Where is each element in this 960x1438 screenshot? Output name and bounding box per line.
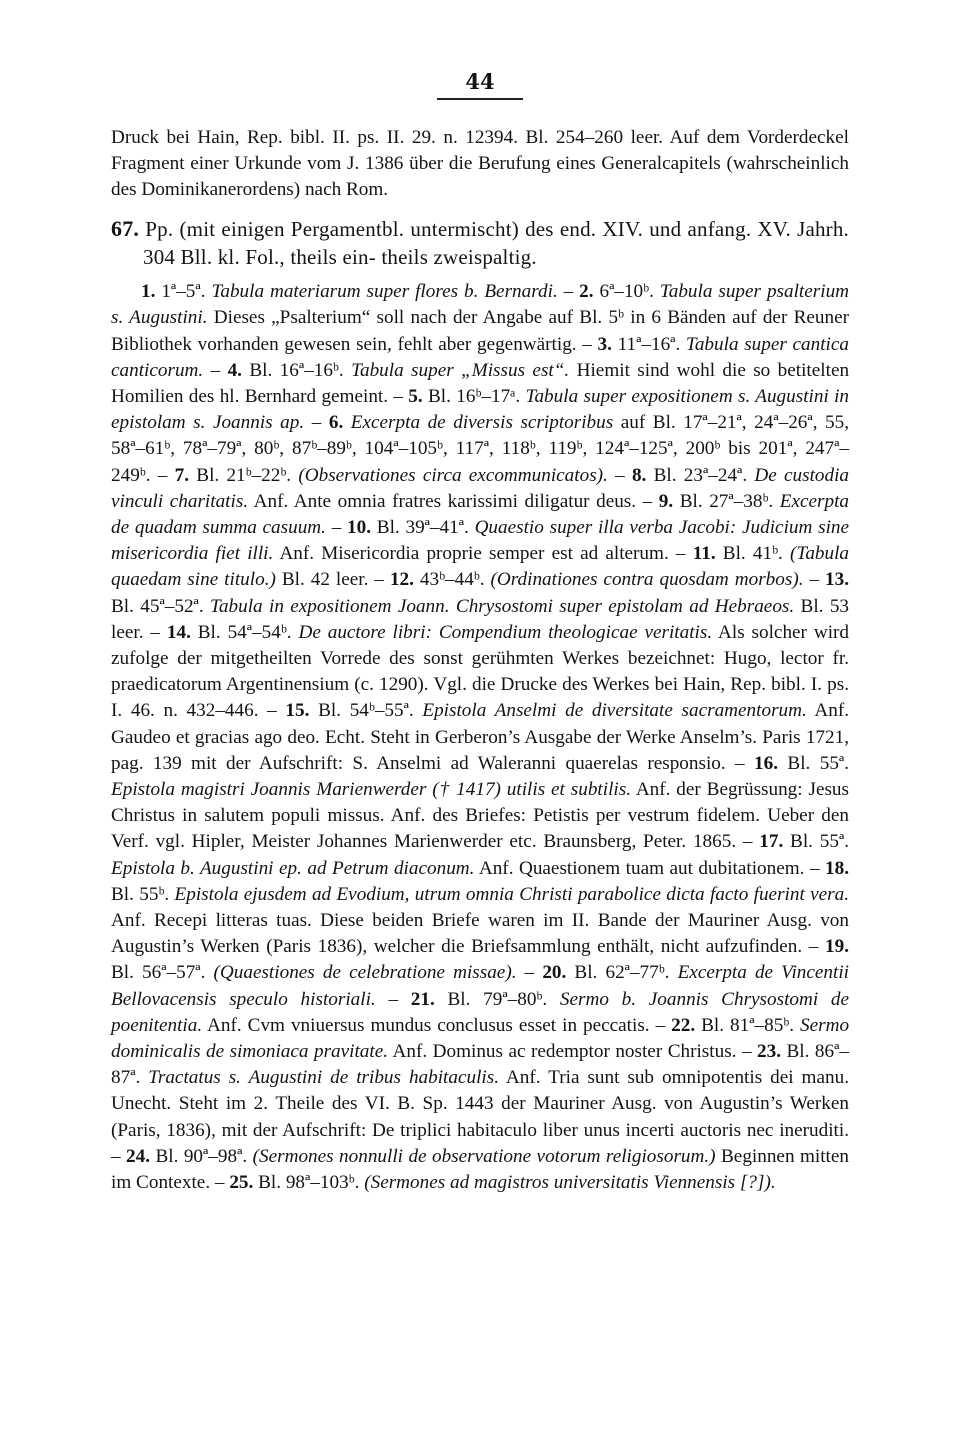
item-folios: 16ª–16ᵇ. bbox=[280, 360, 344, 381]
item-number: 23. bbox=[757, 1041, 781, 1062]
entry-heading: 67. Pp. (mit einigen Pergamentbl. unterm… bbox=[111, 215, 849, 271]
item-number: 21. bbox=[411, 989, 435, 1010]
item-folios: 56ª–57ª. bbox=[142, 962, 205, 983]
item-folios: 6ª–10ᵇ. bbox=[599, 281, 653, 302]
item-folios: 55ª. bbox=[820, 831, 849, 852]
item-folios: 21ᵇ–22ᵇ. bbox=[226, 465, 291, 486]
item-prefix: Bl. bbox=[428, 386, 451, 407]
item-folios: 62ª–77ᵇ. bbox=[605, 962, 669, 983]
header-rule bbox=[437, 98, 523, 100]
item-prefix: Bl. bbox=[787, 1041, 810, 1062]
item-title: De auctore libri: Compendium theologicae… bbox=[298, 622, 712, 643]
item-prefix: Bl. bbox=[155, 1146, 178, 1167]
item-prefix: Bl. bbox=[723, 543, 746, 564]
item-prefix: Bl. bbox=[790, 831, 813, 852]
item-folios: 54ᵇ–55ª. bbox=[350, 700, 414, 721]
item-number: 11. bbox=[693, 543, 716, 564]
item-prefix: Bl. bbox=[111, 962, 134, 983]
item-number: 19. bbox=[825, 936, 849, 957]
item-folios: 45ª–52ª. bbox=[140, 596, 203, 617]
list-item: – 12. 43ᵇ–44ᵇ. (Ordinationes contra quos… bbox=[368, 569, 803, 590]
item-number: 4. bbox=[228, 360, 242, 381]
item-title: (Sermones ad magistros universitatis Vie… bbox=[364, 1172, 775, 1193]
item-note: Bl. 42 leer. bbox=[282, 569, 369, 590]
item-title: Tabula super „Missus est“. bbox=[351, 360, 569, 381]
list-item: – 25. Bl. 98ª–103ᵇ. (Sermones ad magistr… bbox=[210, 1172, 776, 1193]
item-number: 7. bbox=[175, 465, 189, 486]
item-number: 24. bbox=[126, 1146, 150, 1167]
item-prefix: Bl. bbox=[574, 962, 597, 983]
item-prefix: Bl. bbox=[448, 989, 471, 1010]
item-number: 18. bbox=[825, 858, 849, 879]
item-folios: 54ª–54ᵇ. bbox=[228, 622, 292, 643]
item-number: 2. bbox=[579, 281, 593, 302]
item-folios: 27ª–38ᵇ. bbox=[709, 491, 773, 512]
item-number: 16. bbox=[754, 753, 778, 774]
item-folios: 90ª–98ª. bbox=[184, 1146, 247, 1167]
item-title: Tabula in expositionem Joann. Chrysostom… bbox=[210, 596, 794, 617]
item-folios: 79ª–80ᵇ. bbox=[483, 989, 547, 1010]
item-folios: 98ª–103ᵇ. bbox=[286, 1172, 360, 1193]
item-folios: 39ª–41ª. bbox=[405, 517, 468, 538]
item-number: 5. bbox=[408, 386, 422, 407]
document-page: 44 Druck bei Hain, Rep. bibl. II. ps. II… bbox=[111, 70, 849, 1196]
item-folios: 55ᵇ. bbox=[139, 884, 169, 905]
item-note: Anf. Dominus ac redemptor noster Christu… bbox=[393, 1041, 737, 1062]
item-note: Anf. Recepi litteras tuas. Diese beiden … bbox=[111, 910, 849, 957]
item-prefix: Bl. bbox=[258, 1172, 281, 1193]
item-note: Anf. Quaestionem tuam aut dubitationem. bbox=[479, 858, 805, 879]
item-title: Epistola ejusdem ad Evodium, utrum omnia… bbox=[175, 884, 850, 905]
item-number: 1. bbox=[141, 281, 155, 302]
item-title: (Quaestiones de celebratione missae). bbox=[214, 962, 517, 983]
item-list: 1. 1ª–5ª. Tabula materiarum super flores… bbox=[111, 279, 849, 1196]
item-prefix: Bl. bbox=[787, 753, 810, 774]
item-prefix: Bl. bbox=[377, 517, 400, 538]
entry-number: 67. bbox=[111, 216, 139, 241]
item-prefix: Bl. bbox=[198, 622, 221, 643]
item-note: Anf. Cvm vniuersus mundus conclusus esse… bbox=[207, 1015, 650, 1036]
item-number: 3. bbox=[598, 334, 612, 355]
item-prefix: Bl. bbox=[111, 884, 134, 905]
item-title: (Observationes circa excommunicatos). bbox=[298, 465, 608, 486]
list-item: – 7. Bl. 21ᵇ–22ᵇ. (Observationes circa e… bbox=[151, 465, 608, 486]
item-folios: 41ᵇ. bbox=[753, 543, 783, 564]
item-note: Anf. Misericordia proprie semper est ad … bbox=[279, 543, 668, 564]
list-item: 1. 1ª–5ª. Tabula materiarum super flores… bbox=[141, 281, 558, 302]
item-folios: 55ª. bbox=[820, 753, 849, 774]
item-folios: 1ª–5ª. bbox=[161, 281, 205, 302]
entry-description: Pp. (mit einigen Pergamentbl. untermisch… bbox=[143, 217, 849, 269]
intro-paragraph: Druck bei Hain, Rep. bibl. II. ps. II. 2… bbox=[111, 125, 849, 204]
item-folios: 16ᵇ–17ᵃ. bbox=[456, 386, 520, 407]
item-folios: 23ª–24ª. bbox=[684, 465, 747, 486]
item-number: 25. bbox=[229, 1172, 253, 1193]
item-number: 20. bbox=[542, 962, 566, 983]
item-number: 9. bbox=[659, 491, 673, 512]
item-number: 14. bbox=[167, 622, 191, 643]
item-prefix: Bl. bbox=[196, 465, 219, 486]
item-title: Tractatus s. Augustini de tribus habitac… bbox=[148, 1067, 499, 1088]
item-number: 12. bbox=[390, 569, 414, 590]
item-title: Epistola magistri Joannis Marienwerder (… bbox=[111, 779, 631, 800]
item-folios: 81ª–85ᵇ. bbox=[730, 1015, 794, 1036]
item-number: 8. bbox=[632, 465, 646, 486]
item-number: 10. bbox=[347, 517, 371, 538]
item-title: Tabula materiarum super flores b. Bernar… bbox=[211, 281, 557, 302]
item-prefix: Bl. bbox=[111, 596, 134, 617]
item-folios: 43ᵇ–44ᵇ. bbox=[420, 569, 485, 590]
item-number: 13. bbox=[825, 569, 849, 590]
item-note: Anf. Ante omnia fratres karissimi diliga… bbox=[254, 491, 636, 512]
item-prefix: Bl. bbox=[654, 465, 677, 486]
item-title: Epistola b. Augustini ep. ad Petrum diac… bbox=[111, 858, 474, 879]
item-prefix: Bl. bbox=[249, 360, 272, 381]
item-title: (Ordinationes contra quosdam morbos). bbox=[491, 569, 804, 590]
item-number: 17. bbox=[759, 831, 783, 852]
item-prefix: Bl. bbox=[318, 700, 341, 721]
item-prefix: Bl. bbox=[701, 1015, 724, 1036]
item-number: 6. bbox=[329, 412, 343, 433]
item-number: 22. bbox=[671, 1015, 695, 1036]
item-title: Epistola Anselmi de diversitate sacramen… bbox=[422, 700, 806, 721]
item-prefix: Bl. bbox=[680, 491, 703, 512]
item-number: 15. bbox=[285, 700, 309, 721]
item-title: (Sermones nonnulli de observatione votor… bbox=[253, 1146, 716, 1167]
item-folios: 11ª–16ª. bbox=[618, 334, 681, 355]
page-number: 44 bbox=[111, 70, 849, 94]
item-title: Excerpta de diversis scriptoribus bbox=[351, 412, 613, 433]
